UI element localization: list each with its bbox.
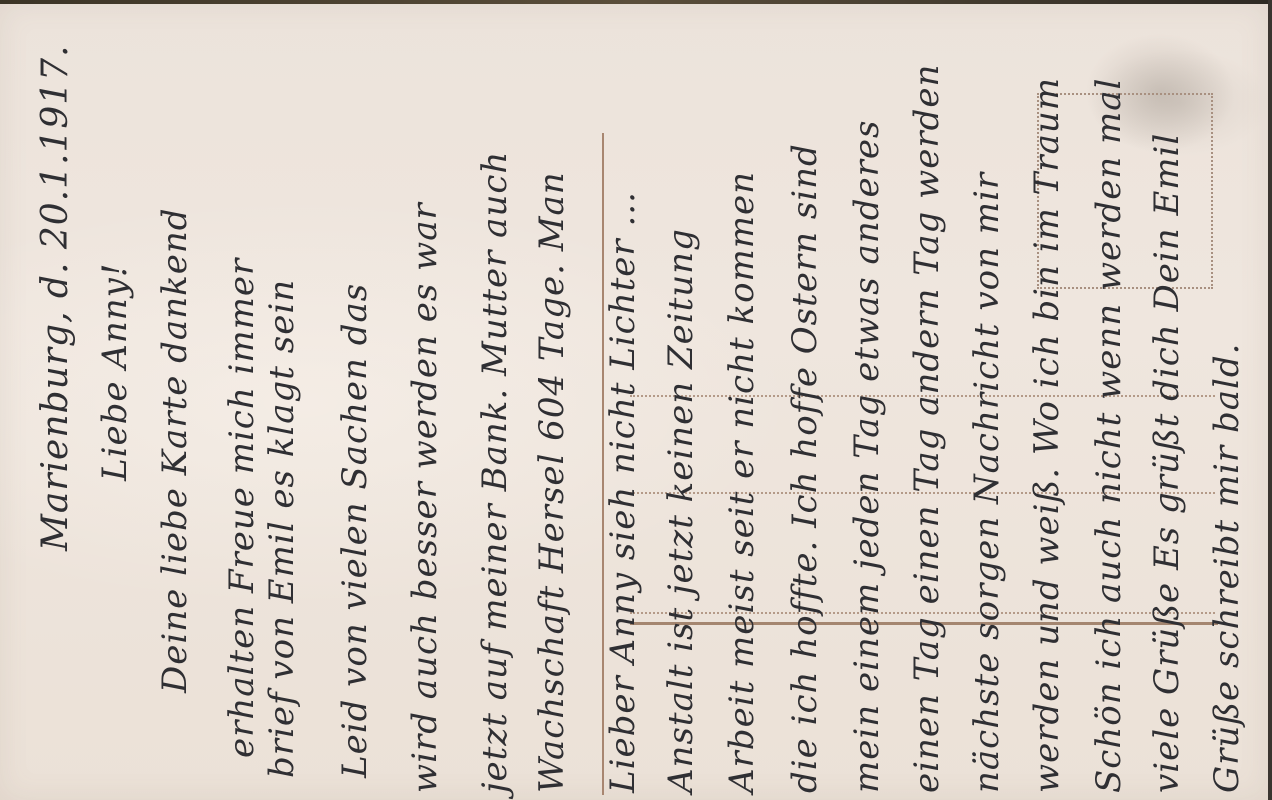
message-line: die ich hoffte. Ich hoffe Ostern sind <box>788 143 822 793</box>
postcard: Marienburg, d. 20.1.1917. Liebe Anny! De… <box>0 3 1268 800</box>
message-line: Wachschaft Hersel 604 Tage. Man <box>535 171 569 793</box>
salutation-line: Liebe Anny! <box>98 263 132 482</box>
message-line: Anstalt ist jetzt keinen Zeitung <box>664 228 698 793</box>
message-line: brief von Emil es klagt sein <box>265 279 299 778</box>
message-line: erhalten Freue mich immer <box>225 258 259 758</box>
message-line: Deine liebe Karte dankend <box>158 208 192 693</box>
message-line: mein einem jeden Tag etwas anderes <box>850 120 884 793</box>
message-line: jetzt auf meiner Bank. Mutter auch <box>478 151 512 793</box>
date-line: Marienburg, d. 20.1.1917. <box>38 45 74 552</box>
message-line: Leid von vielen Sachen das <box>338 283 372 778</box>
closing-line: Grüße schreibt mir bald. <box>1210 343 1244 793</box>
card-top-edge <box>0 0 1272 4</box>
message-line: wird auch besser werden es war <box>408 202 442 793</box>
message-line: viele Grüße Es grüßt dich Dein Emil <box>1150 133 1184 793</box>
message-line: nächste sorgen Nachricht von mir <box>970 172 1004 793</box>
message-line: werden und weiß. Wo ich bin im Traum <box>1030 77 1064 793</box>
card-right-edge <box>1268 0 1272 800</box>
message-line: Lieber Anny sieh nicht Lichter ... <box>606 191 640 793</box>
message-line: einen Tag einen Tag andern Tag werden <box>910 64 944 793</box>
message-line: Arbeit meist seit er nicht kommen <box>725 171 759 793</box>
message-line: Schön ich auch nicht wenn werden mal <box>1092 78 1126 793</box>
